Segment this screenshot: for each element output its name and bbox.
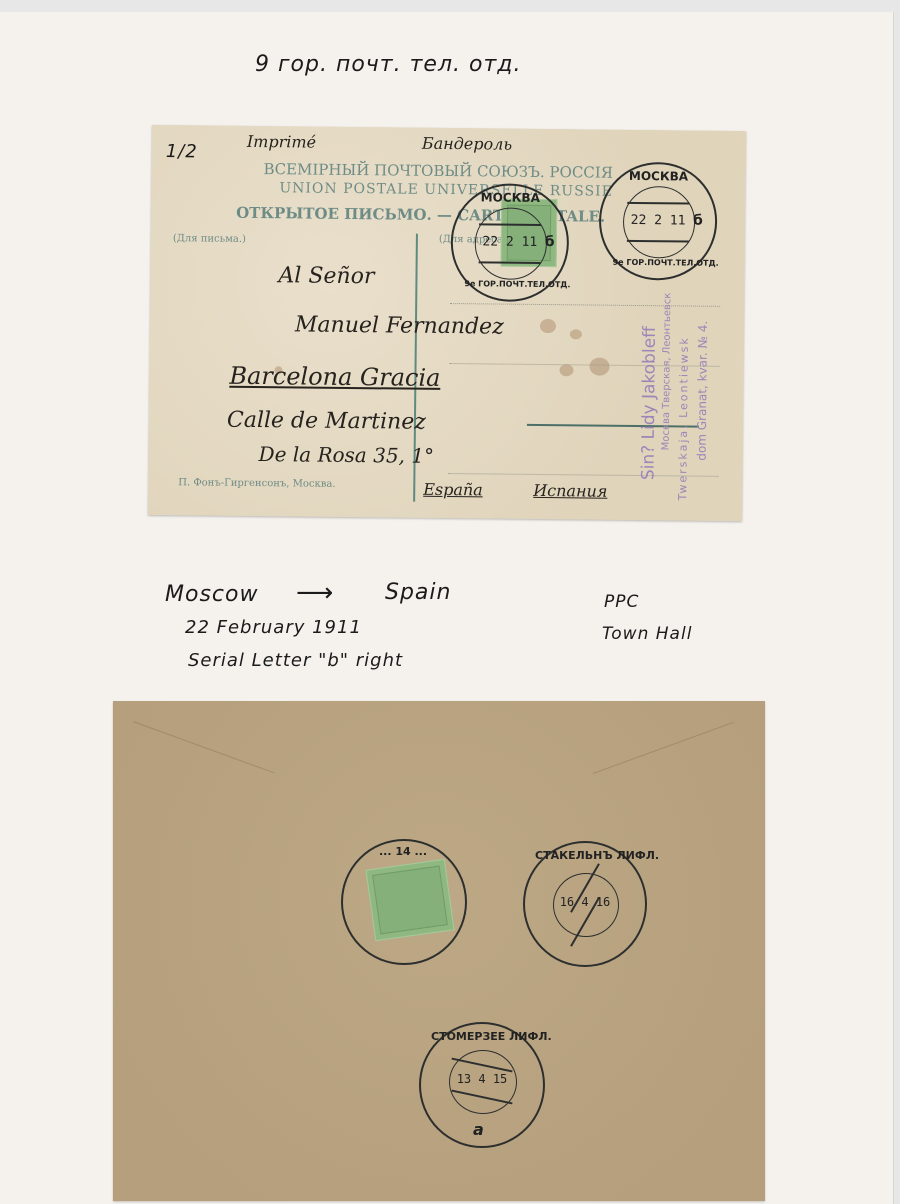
address-line-1: Al Señor (278, 263, 374, 289)
postmark: МОСКВА 22 2 11 б 9е ГОР.ПОЧТ.ТЕЛ.ОТД. (450, 183, 569, 302)
stain (559, 364, 573, 376)
address-line-3: Barcelona Gracia (229, 362, 440, 392)
caption-serial: Serial Letter "b" right (188, 650, 403, 671)
stamp (365, 859, 454, 941)
rate-note: 1/2 (166, 141, 198, 162)
sender-cachet-line-3: Twerskaja, Leontiewsk (676, 336, 691, 500)
sender-cachet-line-1: Sin? Lidy Jakobleff (638, 326, 660, 480)
arrow-right-icon: ⟶ (296, 578, 334, 608)
address-line (527, 424, 699, 428)
caption-route-to: Spain (385, 580, 451, 605)
caption-date: 22 February 1911 (185, 617, 362, 638)
country-ru: Испания (533, 481, 607, 501)
sender-cachet-line-4: dom Granat, kvar. № 4. (695, 321, 710, 461)
address-line (450, 303, 720, 307)
country-es: España (423, 480, 483, 500)
postcard: 1/2 Imprimé Бандероль ВСЕМIРНЫЙ ПОЧТОВЫЙ… (148, 125, 746, 521)
caption-type: PPC (604, 592, 639, 612)
header-line-2: UNION POSTALE UNIVERSELLE RUSSIE (279, 180, 613, 199)
envelope-flap (133, 721, 274, 773)
stain (570, 329, 582, 339)
header-line-1: ВСЕМIРНЫЙ ПОЧТОВЫЙ СОЮЗЪ. РОССIЯ (264, 160, 613, 182)
caption-route-from: Moscow (165, 582, 258, 607)
envelope: ... 14 ... СТАКЕЛЬНЪ ЛИФЛ. 16 4 16 СТОМЕ… (113, 701, 765, 1201)
address-line-4: Calle de Martinez (227, 408, 426, 435)
banderole-note: Бандероль (422, 134, 512, 154)
publisher: П. Фонъ-Гиргенсонъ, Москва. (178, 477, 335, 490)
address-line-5: De la Rosa 35, 1° (258, 442, 434, 468)
stain (540, 319, 556, 333)
imprime-note: Imprimé (247, 132, 316, 152)
left-label: (Для письма.) (173, 233, 246, 245)
caption-subject: Town Hall (602, 624, 692, 644)
address-line-2: Manuel Fernandez (295, 312, 504, 339)
postmark: МОСКВА 22 2 11 б 9е ГОР.ПОЧТ.ТЕЛ.ОТД. (598, 162, 717, 281)
postmark: СТАКЕЛЬНЪ ЛИФЛ. 16 4 16 (523, 841, 647, 967)
envelope-flap (593, 722, 734, 774)
header-note: 9 гор. почт. тел. отд. (255, 52, 521, 77)
postmark: СТОМЕРЗЕЕ ЛИФЛ. 13 4 15 a (419, 1022, 545, 1148)
stain (589, 357, 609, 375)
album-page: 9 гор. почт. тел. отд. 1/2 Imprimé Банде… (0, 12, 893, 1204)
sender-cachet-line-2: Москва Тверская, Леонтьевск (661, 293, 674, 451)
